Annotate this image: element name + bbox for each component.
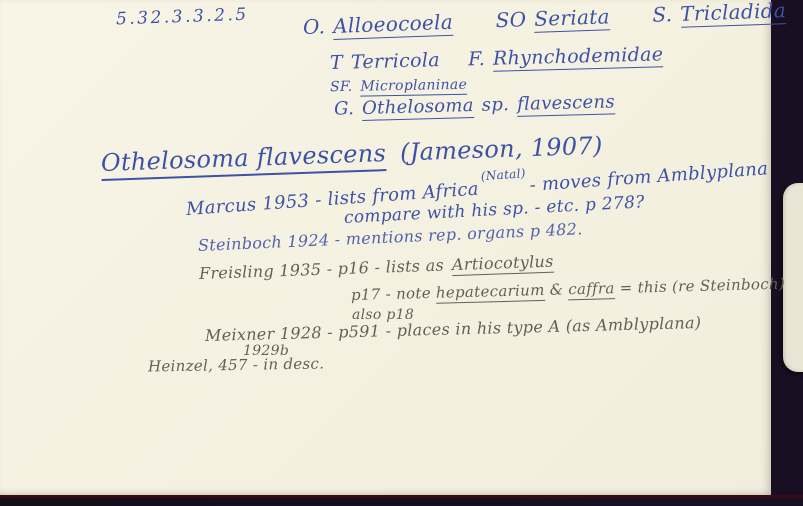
taxonomy-row-family: TTerricola F.Rhynchodemidae xyxy=(330,43,686,74)
note-freisling-2: p17 - notehepatecarium&caffra= this (re … xyxy=(351,275,790,304)
note-marcus-natal: (Natal) xyxy=(480,166,526,183)
order-prefix: O. xyxy=(303,14,326,39)
note-freisling-1: Freisling 1935 - p16 - lists asArtiocoty… xyxy=(199,252,554,283)
tribe-prefix: T xyxy=(330,52,344,74)
note-marcus-text-2: - moves from Amblyplana xyxy=(529,158,769,196)
index-card: 5.32.3.3.2.5 O.Alloeocoela SOSeriata S.T… xyxy=(0,0,771,495)
genus-name: Othelosoma xyxy=(362,95,474,121)
genus-prefix: G. xyxy=(334,98,355,120)
heading-authority: (Jameson, 1907) xyxy=(400,131,604,166)
catalog-number: 5.32.3.3.2.5 xyxy=(116,5,249,30)
heading-species-name: Othelosoma flavescens xyxy=(101,139,387,181)
note-freisling-this: = this (re Steinboch) xyxy=(619,275,785,297)
species-heading: Othelosoma flavescens(Jameson, 1907) xyxy=(101,131,604,176)
subfamily-name: Microplaninae xyxy=(360,77,467,97)
tribe-name: Terricola xyxy=(351,49,440,73)
subfamily-prefix: SF. xyxy=(330,79,353,95)
note-freisling-p17: p17 - note xyxy=(351,284,431,304)
taxonomy-row-order: O.Alloeocoela SOSeriata S.Tricladida xyxy=(303,0,803,39)
taxon-family: F.Rhynchodemidae xyxy=(468,43,664,70)
scanned-index-card-page: 5.32.3.3.2.5 O.Alloeocoela SOSeriata S.T… xyxy=(0,0,803,506)
note-freisling-caffra: caffra xyxy=(568,279,615,300)
scan-bottom-edge xyxy=(0,495,803,498)
taxon-tribe: TTerricola xyxy=(330,49,440,74)
note-freisling-hepatecarium: hepatecarium xyxy=(436,281,545,304)
suborder-prefix: SO xyxy=(495,7,527,32)
suborder-name: Seriata xyxy=(534,4,610,33)
taxon-order: O.Alloeocoela xyxy=(303,10,454,39)
species-name-small: flavescens xyxy=(517,91,615,117)
order-name: Alloeocoela xyxy=(333,10,454,40)
family-prefix: F. xyxy=(468,48,485,70)
taxon-suborder: SOSeriata xyxy=(495,4,610,32)
sp-label: sp. xyxy=(481,94,509,116)
taxonomy-row-subfamily: SF.Microplaninae xyxy=(330,77,467,95)
note-heinzel: Heinzel, 457 - in desc. xyxy=(148,354,325,375)
note-freisling-ampersand: & xyxy=(549,280,563,298)
taxon-section: S.Tricladida xyxy=(652,0,786,27)
note-meixner: Meixner 1928 - p591 - places in his type… xyxy=(205,313,702,345)
section-prefix: S. xyxy=(652,2,673,27)
family-name: Rhynchodemidae xyxy=(493,43,664,71)
section-name: Tricladida xyxy=(680,0,787,28)
note-freisling-text: Freisling 1935 - p16 - lists as xyxy=(199,255,445,283)
note-freisling-artiocotylus: Artiocotylus xyxy=(452,252,554,277)
